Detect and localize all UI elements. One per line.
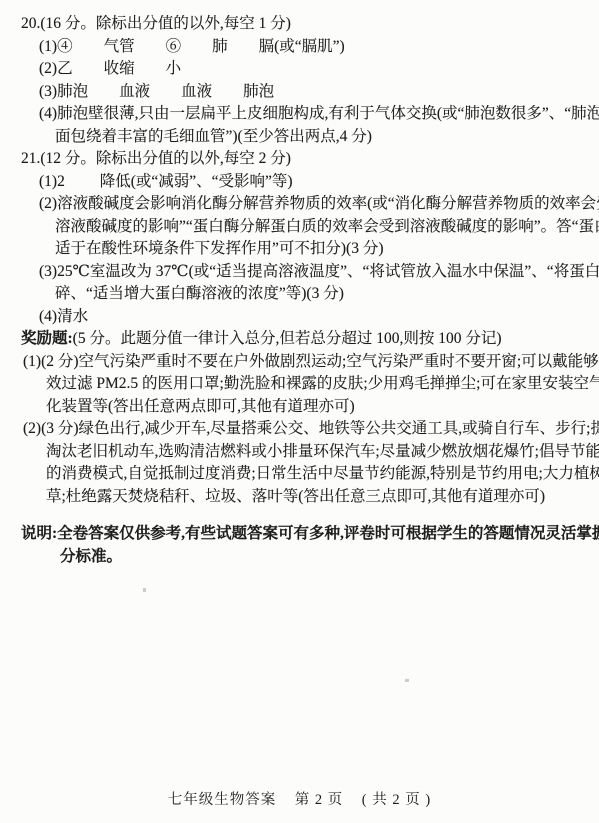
bonus-answer-2-line-3: 的消费模式,自觉抵制过度消费;日常生活中尽量节约能源,特别是节约用电;大力植树种 xyxy=(0,463,599,486)
q20-answer-3: (3)肺泡 血液 血液 肺泡 xyxy=(0,81,599,104)
answer-sheet-page: 20.(16 分。除标出分值的以外,每空 1 分) (1)④ 气管 ⑥ 肺 膈(… xyxy=(0,0,599,823)
bonus-answer-2-line-2: 淘汰老旧机动车,选购清洁燃料或小排量环保汽车;尽量减少燃放烟花爆竹;倡导节能环保 xyxy=(0,441,599,464)
q21-answer-1: (1)2 降低(或“减弱”、“受影响”等) xyxy=(0,171,599,194)
section-bonus: 奖励题:(5 分。此题分值一律计入总分,但若总分超过 100,则按 100 分记… xyxy=(0,328,599,508)
section-question-21: 21.(12 分。除标出分值的以外,每空 2 分) (1)2 降低(或“减弱”、… xyxy=(0,148,599,328)
q21-answer-2-line-1: (2)溶液酸碱度会影响消化酶分解营养物质的效率(或“消化酶分解营养物质的效率会受… xyxy=(0,193,599,216)
grading-note-line-2: 分标准。 xyxy=(0,546,599,569)
document-body: 20.(16 分。除标出分值的以外,每空 1 分) (1)④ 气管 ⑥ 肺 膈(… xyxy=(0,13,599,568)
q21-answer-4: (4)清水 xyxy=(0,306,599,329)
q20-heading: 20.(16 分。除标出分值的以外,每空 1 分) xyxy=(0,13,599,36)
q21-answer-2-line-3: 适于在酸性环境条件下发挥作用”可不扣分)(3 分) xyxy=(0,238,599,261)
bonus-answer-2-line-4: 草;杜绝露天焚烧秸秆、垃圾、落叶等(答出任意三点即可,其他有道理亦可) xyxy=(0,486,599,509)
q21-answer-3-line-2: 碎、“适当增大蛋白酶溶液的浓度”等)(3 分) xyxy=(0,283,599,306)
scan-speck xyxy=(143,588,146,592)
scan-speck xyxy=(405,679,409,682)
section-question-20: 20.(16 分。除标出分值的以外,每空 1 分) (1)④ 气管 ⑥ 肺 膈(… xyxy=(0,13,599,148)
q20-answer-2: (2)乙 收缩 小 xyxy=(0,58,599,81)
bonus-heading: 奖励题:(5 分。此题分值一律计入总分,但若总分超过 100,则按 100 分记… xyxy=(0,328,599,351)
bonus-answer-2-line-1: (2)(3 分)绿色出行,减少开车,尽量搭乘公交、地铁等公共交通工具,或骑自行车… xyxy=(0,418,599,441)
grading-note-line-1: 说明:全卷答案仅供参考,有些试题答案可有多种,评卷时可根据学生的答题情况灵活掌握… xyxy=(0,523,599,546)
bonus-answer-1-line-2: 效过滤 PM2.5 的医用口罩;勤洗脸和裸露的皮肤;少用鸡毛掸掸尘;可在家里安装… xyxy=(0,373,599,396)
q21-heading: 21.(12 分。除标出分值的以外,每空 2 分) xyxy=(0,148,599,171)
section-grading-note: 说明:全卷答案仅供参考,有些试题答案可有多种,评卷时可根据学生的答题情况灵活掌握… xyxy=(0,523,599,568)
q20-answer-4-line-2: 面包绕着丰富的毛细血管”)(至少答出两点,4 分) xyxy=(0,126,599,149)
q21-answer-3-line-1: (3)25℃室温改为 37℃(或“适当提高溶液温度”、“将试管放入温水中保温”、… xyxy=(0,261,599,284)
bonus-heading-rest: (5 分。此题分值一律计入总分,但若总分超过 100,则按 100 分记) xyxy=(73,330,502,347)
q20-answer-1: (1)④ 气管 ⑥ 肺 膈(或“膈肌”) xyxy=(0,36,599,59)
bonus-label: 奖励题: xyxy=(21,330,73,347)
bonus-answer-1-line-1: (1)(2 分)空气污染严重时不要在户外做剧烈运动;空气污染严重时不要开窗;可以… xyxy=(0,351,599,374)
q20-answer-4-line-1: (4)肺泡壁很薄,只由一层扁平上皮细胞构成,有利于气体交换(或“肺泡数很多”、“… xyxy=(0,103,599,126)
q21-answer-2-line-2: 溶液酸碱度的影响”“蛋白酶分解蛋白质的效率会受到溶液酸碱度的影响”。答“蛋白酶 xyxy=(0,216,599,239)
page-footer: 七年级生物答案 第 2 页 ( 共 2 页 ) xyxy=(0,788,599,809)
bonus-answer-1-line-3: 化装置等(答出任意两点即可,其他有道理亦可) xyxy=(0,396,599,419)
